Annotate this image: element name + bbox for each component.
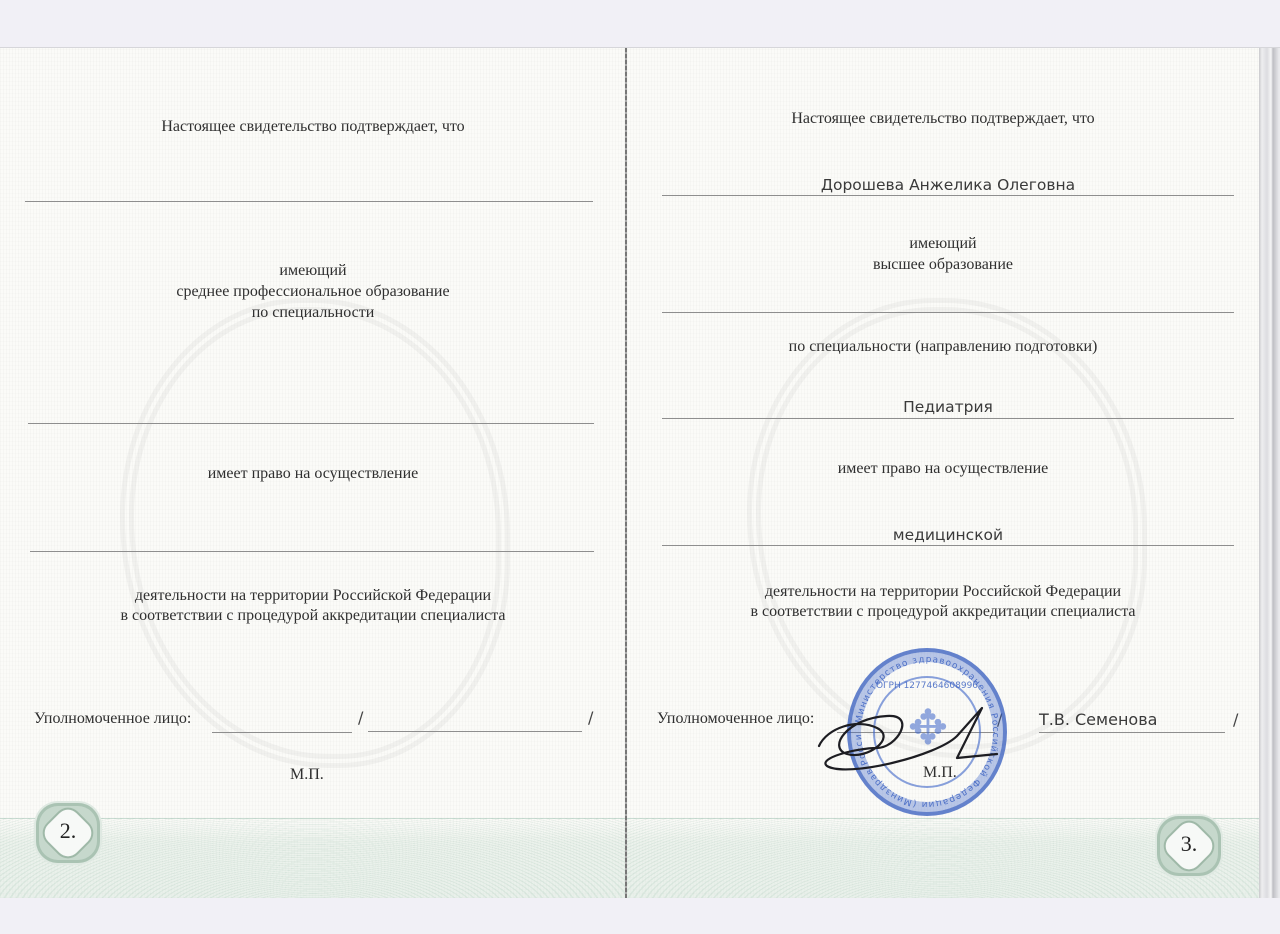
by-specialty-text: по специальности (направлению подготовки…	[627, 336, 1259, 357]
activity-line-2: в соответствии с процедурой аккредитации…	[0, 605, 626, 626]
signature-icon	[807, 688, 1007, 778]
slash-2: /	[1233, 710, 1238, 729]
authorized-person-label: Уполномоченное лицо:	[657, 710, 814, 728]
page-number-badge: 2.	[36, 803, 100, 863]
seal-place-label: М.П.	[290, 766, 324, 784]
certificate-spread: Настоящее свидетельство подтверждает, чт…	[0, 47, 1280, 897]
activity-line-1: деятельности на территории Российской Фе…	[0, 585, 626, 606]
specialty-line	[662, 418, 1234, 419]
having-text: имеющий	[627, 233, 1259, 254]
activity-line-2: в соответствии с процедурой аккредитации…	[627, 601, 1259, 622]
full-name-field: Дорошева Анжелика Олеговна	[662, 176, 1234, 194]
education-line	[662, 312, 1234, 313]
page-stack-edge	[1259, 48, 1280, 898]
signatory-line	[1039, 732, 1225, 733]
certifies-text: Настоящее свидетельство подтверждает, чт…	[0, 116, 626, 137]
page-number-badge: 3.	[1157, 816, 1221, 876]
having-text: имеющий	[0, 260, 626, 281]
slash-2: /	[588, 708, 593, 727]
page-left: Настоящее свидетельство подтверждает, чт…	[0, 48, 626, 898]
page-number: 3.	[1157, 831, 1221, 857]
has-right-text: имеет право на осуществление	[0, 463, 626, 484]
activity-type-field: медицинской	[662, 526, 1234, 544]
signatory-name: Т.В. Семенова	[1039, 710, 1179, 729]
specialty-field: Педиатрия	[662, 398, 1234, 416]
signature-line	[212, 732, 352, 733]
slash-1: /	[358, 708, 363, 727]
has-right-text: имеет право на осуществление	[627, 458, 1259, 479]
education-text: среднее профессиональное образование	[0, 281, 626, 302]
full-name-line	[662, 195, 1234, 196]
education-text: высшее образование	[627, 254, 1259, 275]
authorized-person-label: Уполномоченное лицо:	[34, 710, 191, 728]
activity-type-line	[30, 551, 594, 552]
specialty-line	[28, 423, 594, 424]
by-specialty-text: по специальности	[0, 302, 626, 323]
signatory-line	[368, 731, 582, 732]
activity-line-1: деятельности на территории Российской Фе…	[627, 581, 1259, 602]
emblem-watermark	[120, 298, 510, 768]
activity-type-line	[662, 545, 1234, 546]
page-right: Настоящее свидетельство подтверждает, чт…	[627, 48, 1259, 898]
certifies-text: Настоящее свидетельство подтверждает, чт…	[627, 108, 1259, 129]
page-number: 2.	[36, 818, 100, 844]
full-name-line	[25, 201, 593, 202]
